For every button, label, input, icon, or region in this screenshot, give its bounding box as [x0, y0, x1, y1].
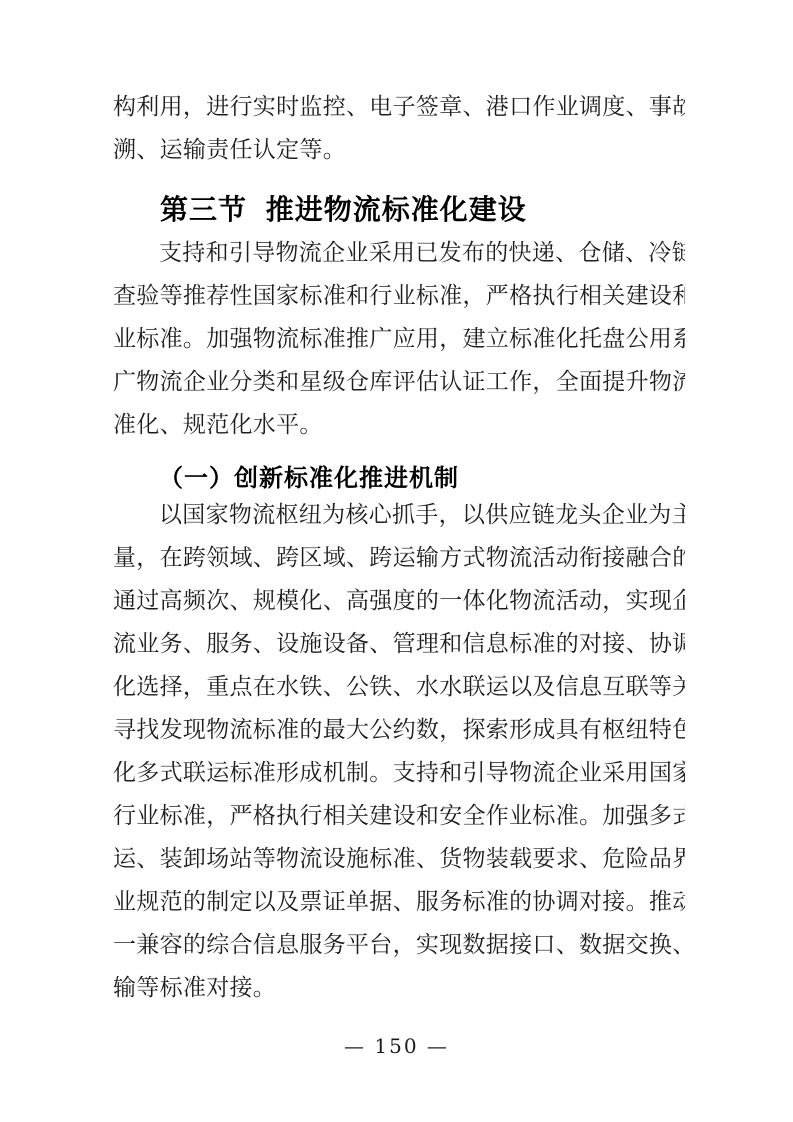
text-line: 寻找发现物流标准的最大公约数，探索形成具有枢纽特色的市场 [113, 709, 685, 752]
text-line: 广物流企业分类和星级仓库评估认证工作，全面提升物流企业标 [113, 361, 685, 404]
text-line: 业标准。加强物流标准推广应用，建立标准化托盘公用系统，推 [113, 318, 685, 361]
text-line: 量，在跨领域、跨区域、跨运输方式物流活动衔接融合的基础上， [113, 537, 685, 580]
text-line: 构利用，进行实时监控、电子签章、港口作业调度、事故原因追 [113, 86, 685, 129]
page-content: 构利用，进行实时监控、电子签章、港口作业调度、事故原因追溯、运输责任认定等。 第… [113, 86, 685, 1010]
document-page: 构利用，进行实时监控、电子签章、港口作业调度、事故原因追溯、运输责任认定等。 第… [0, 0, 793, 1122]
text-line: 化多式联运标准形成机制。支持和引导物流企业采用国家标准和 [113, 752, 685, 795]
text-line: 通过高频次、规模化、高强度的一体化物流活动，实现企业间物 [113, 580, 685, 623]
text-line: 支持和引导物流企业采用已发布的快递、仓储、冷链、口岸 [113, 232, 685, 275]
text-line: 溯、运输责任认定等。 [113, 129, 685, 172]
text-line: 化选择，重点在水铁、公铁、水水联运以及信息互联等关键领域， [113, 666, 685, 709]
page-number: — 150 — [0, 1034, 793, 1058]
text-line: 输等标准对接。 [113, 967, 685, 1010]
text-line: 行业标准，严格执行相关建设和安全作业标准。加强多式联运转 [113, 795, 685, 838]
paragraph-standards: 支持和引导物流企业采用已发布的快递、仓储、冷链、口岸查验等推荐性国家标准和行业标… [113, 232, 685, 447]
text-line: 准化、规范化水平。 [113, 404, 685, 447]
text-line: 运、装卸场站等物流设施标准、货物装载要求、危险品界定等作 [113, 838, 685, 881]
text-line: 以国家物流枢纽为核心抓手，以供应链龙头企业为主导力 [113, 494, 685, 537]
text-line: 业规范的制定以及票证单据、服务标准的协调对接。推动形成统 [113, 881, 685, 924]
section-heading: 第三节 推进物流标准化建设 [113, 192, 685, 228]
text-line: 查验等推荐性国家标准和行业标准，严格执行相关建设和安全作 [113, 275, 685, 318]
text-line: 一兼容的综合信息服务平台，实现数据接口、数据交换、数据传 [113, 924, 685, 967]
text-line: 流业务、服务、设施设备、管理和信息标准的对接、协调和市场 [113, 623, 685, 666]
subsection-heading: （一）创新标准化推进机制 [113, 462, 685, 494]
paragraph-continuation: 构利用，进行实时监控、电子签章、港口作业调度、事故原因追溯、运输责任认定等。 [113, 86, 685, 172]
paragraph-mechanism: 以国家物流枢纽为核心抓手，以供应链龙头企业为主导力量，在跨领域、跨区域、跨运输方… [113, 494, 685, 1010]
